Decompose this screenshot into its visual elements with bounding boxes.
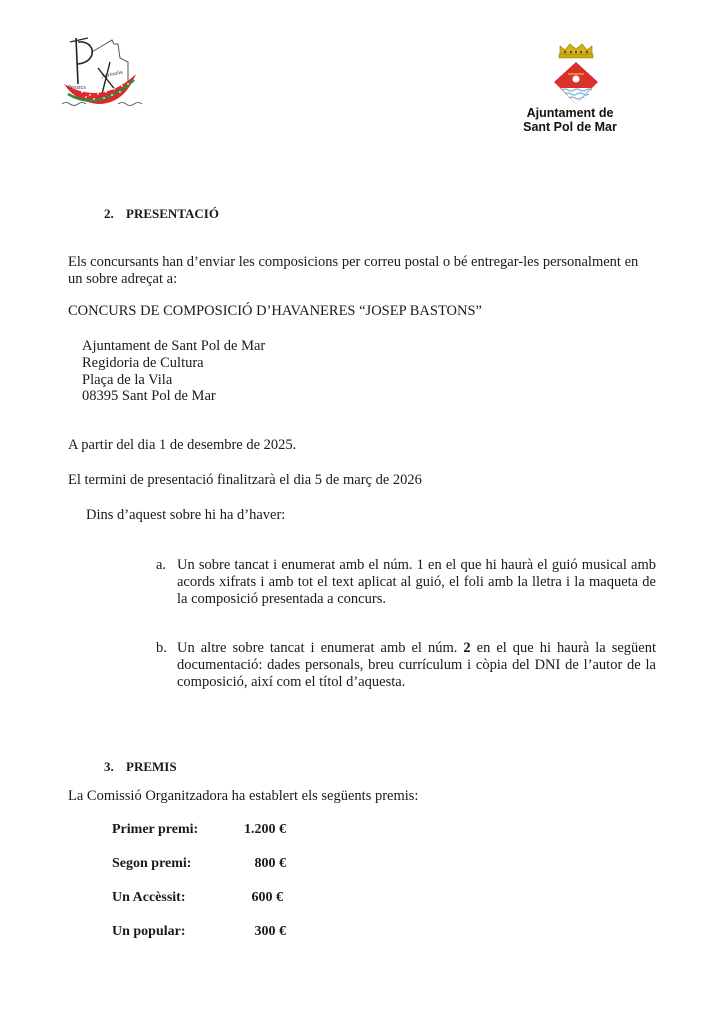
section-3-number: 3. [104,759,126,775]
council-name-line2: Sant Pol de Mar [510,120,630,134]
list-item-text: Un sobre tancat i enumerat amb el núm. 1… [177,557,656,608]
envelope-intro: Dins d’aquest sobre hi ha d’haver: [86,507,285,524]
list-item: b. Un altre sobre tancat i enumerat amb … [156,640,656,691]
contest-name: CONCURS DE COMPOSICIÓ D’HAVANERES “JOSEP… [68,303,482,320]
svg-text:Xerinolis: Xerinolis [101,70,124,80]
prize-amount: 600 € [193,890,283,906]
coat-of-arms-icon [548,42,604,106]
deadline: El termini de presentació finalitzarà el… [68,472,422,489]
envelope-number: 2 [463,640,470,656]
prize-label: Primer premi: [112,822,198,838]
prize-label: Segon premi: [112,856,191,872]
prize-amount: 300 € [196,924,286,940]
list-marker: b. [156,640,167,657]
prize-amount: 800 € [196,856,286,872]
prize-amount: 1.200 € [196,822,286,838]
prize-label: Un Accèssit: [112,890,186,906]
start-date: A partir del dia 1 de desembre de 2025. [68,437,296,454]
section-2-title: PRESENTACIÓ [126,206,219,221]
address-line-1: Ajuntament de Sant Pol de Mar [82,338,265,355]
intro-line-1: Els concursants han d’enviar les composi… [68,254,638,271]
section-3-heading: 3.PREMIS [104,759,177,775]
ajuntament-coat-of-arms [548,42,604,106]
council-name-line1: Ajuntament de [510,106,630,120]
address-line-2: Regidoria de Cultura [82,355,204,372]
address-line-3: Plaça de la Vila [82,372,172,389]
list-marker: a. [156,557,166,574]
pessics-xerinolis-logo: Pessics Xerinolis [62,32,146,108]
list-item: a. Un sobre tancat i enumerat amb el núm… [156,557,656,608]
prize-label: Un popular: [112,924,186,940]
prizes-intro: La Comissió Organitzadora ha establert e… [68,788,418,805]
envelope-number: 1 [417,557,424,573]
section-2-number: 2. [104,206,126,222]
list-item-text: Un altre sobre tancat i enumerat amb el … [177,640,656,691]
address-line-4: 08395 Sant Pol de Mar [82,388,216,405]
svg-text:Pessics: Pessics [68,85,86,91]
section-2-heading: 2.PRESENTACIÓ [104,206,219,222]
section-3-title: PREMIS [126,759,177,774]
intro-line-2: un sobre adreçat a: [68,271,177,288]
council-name: Ajuntament de Sant Pol de Mar [510,106,630,134]
watermelon-boat-logo-icon: Pessics Xerinolis [62,32,146,108]
